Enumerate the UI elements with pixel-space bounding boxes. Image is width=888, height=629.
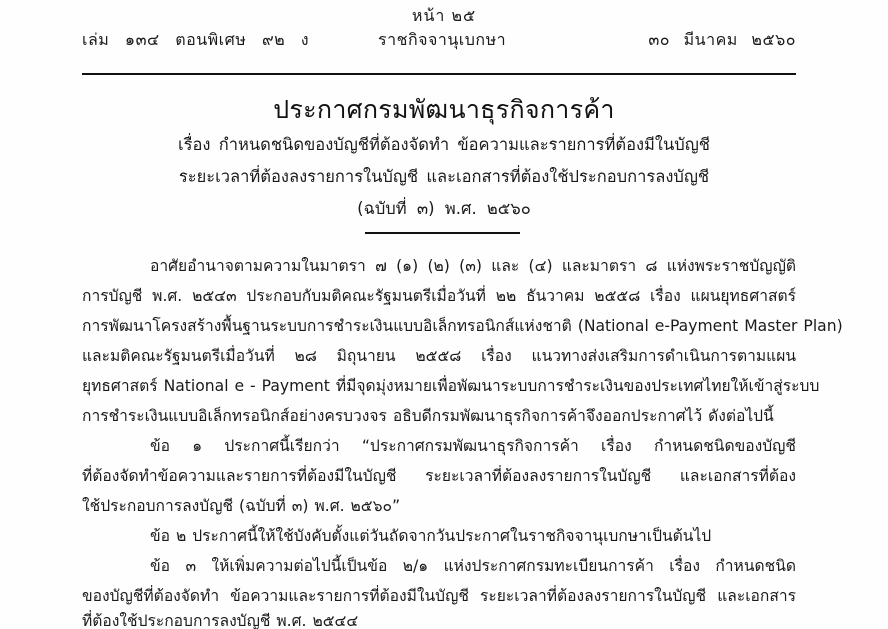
clause-1-line: ข้อ ๑ ประกาศนี้เรียกว่า “ประกาศกรมพัฒนาธ… [150, 433, 796, 458]
preamble-line: การพัฒนาโครงสร้างพื้นฐานระบบการชำระเงินแ… [82, 313, 796, 338]
clause-3-line: ของบัญชีที่ต้องจัดทำ ข้อความและรายการที่… [82, 583, 796, 608]
clause-2-line: ข้อ ๒ ประกาศนี้ให้ใช้บังคับตั้งแต่วันถัด… [150, 523, 796, 548]
title-divider [365, 232, 520, 234]
clause-1-line: ใช้ประกอบการลงบัญชี (ฉบับที่ ๓) พ.ศ. ๒๕๖… [82, 493, 796, 518]
publication-date: ๓๐ มีนาคม ๒๕๖๐ [648, 28, 796, 53]
page-number: หน้า ๒๕ [0, 4, 888, 29]
subject-line-2: ระยะเวลาที่ต้องลงรายการในบัญชี และเอกสาร… [0, 164, 888, 190]
clause-1-line: ที่ต้องจัดทำข้อความและรายการที่ต้องมีในบ… [82, 463, 796, 488]
gazette-page: หน้า ๒๕ เล่ม ๑๓๔ ตอนพิเศษ ๙๒ ง ราชกิจจาน… [0, 0, 888, 629]
preamble-line: การบัญชี พ.ศ. ๒๕๔๓ ประกอบกับมติคณะรัฐมนต… [82, 283, 796, 308]
preamble-line: และมติคณะรัฐมนตรีเมื่อวันที่ ๒๘ มิถุนายน… [82, 343, 796, 368]
announcement-title: ประกาศกรมพัฒนาธุรกิจการค้า [0, 90, 888, 130]
preamble-line: ยุทธศาสตร์ National e - Payment ที่มีจุด… [82, 373, 796, 398]
subject-line-1: เรื่อง กำหนดชนิดของบัญชีที่ต้องจัดทำ ข้อ… [0, 132, 888, 158]
clause-3-line: ที่ต้องใช้ประกอบการลงบัญชี พ.ศ. ๒๕๔๔ [82, 608, 796, 629]
preamble-line: การชำระเงินแบบอิเล็กทรอนิกส์อย่างครบวงจร… [82, 403, 796, 428]
clause-3-line: ข้อ ๓ ให้เพิ่มความต่อไปนี้เป็นข้อ ๒/๑ แห… [150, 553, 796, 578]
gazette-name: ราชกิจจานุเบกษา [378, 28, 506, 53]
header-divider [82, 73, 796, 75]
volume-issue: เล่ม ๑๓๔ ตอนพิเศษ ๙๒ ง [82, 28, 309, 53]
preamble-line: อาศัยอำนาจตามความในมาตรา ๗ (๑) (๒) (๓) แ… [150, 253, 796, 278]
subject-line-3: (ฉบับที่ ๓) พ.ศ. ๒๕๖๐ [0, 196, 888, 222]
